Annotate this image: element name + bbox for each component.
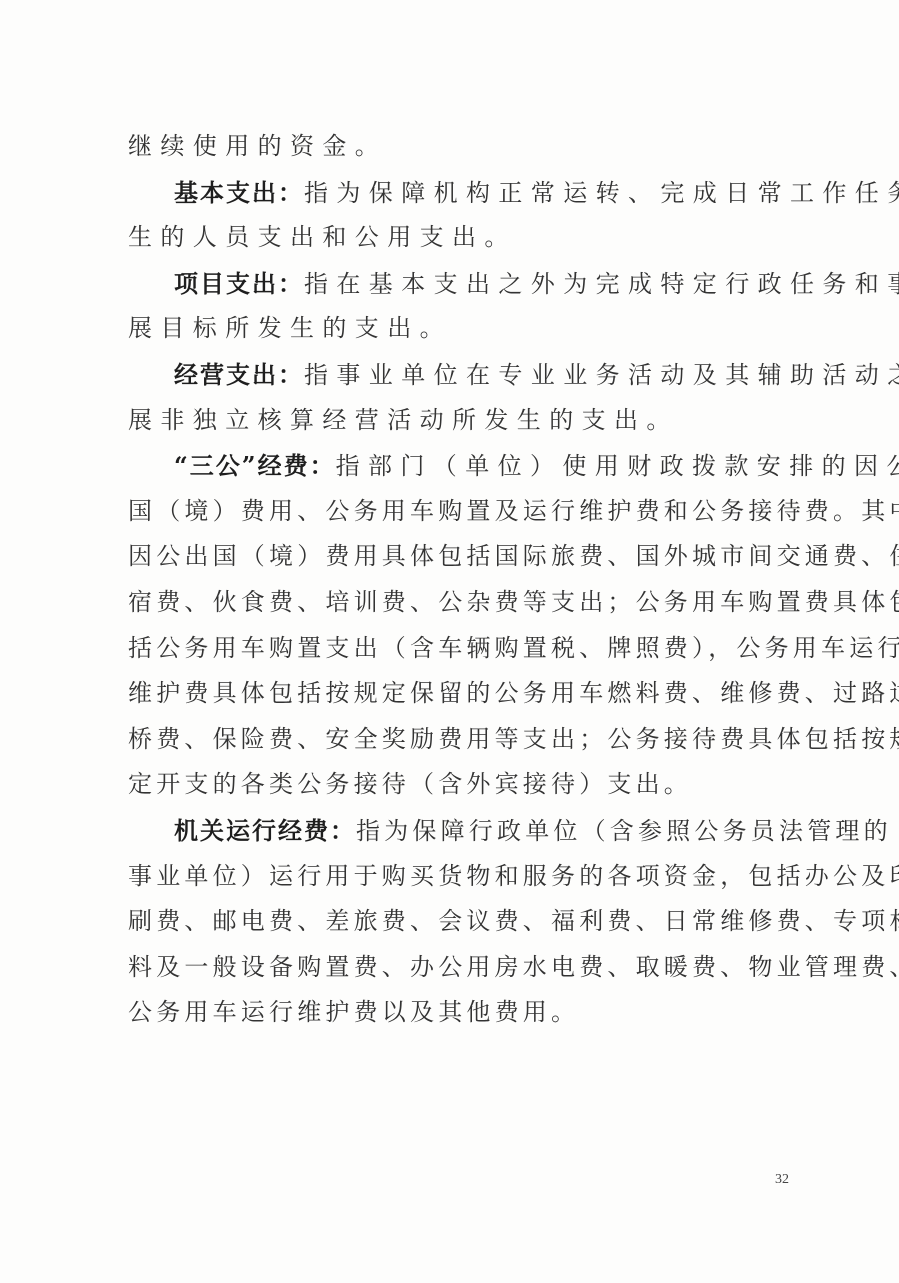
text-line-row: 展目标所发生的支出。 — [128, 306, 788, 352]
paragraph-continuation-line: 继续使用的资金。 — [128, 124, 788, 170]
text-line-row: 料及一般设备购置费、办公用房水电费、取暖费、物业管理费、 — [128, 945, 788, 991]
definition-operating-expenditure: 经营支出：指事业单位在专业业务活动及其辅助活动之外开 — [128, 352, 788, 398]
text-line: 继续使用的资金。 — [128, 132, 387, 160]
term-three-public-expenses: “三公”经费： — [174, 451, 336, 480]
term-operating-expenditure: 经营支出： — [174, 360, 304, 389]
text-line: 指在基本支出之外为完成特定行政任务和事业发 — [304, 270, 899, 298]
text-line: 公务用车运行维护费以及其他费用。 — [128, 998, 579, 1026]
term-basic-expenditure: 基本支出： — [174, 178, 304, 207]
text-line-row: 桥费、保险费、安全奖励费用等支出；公务接待费具体包括按规 — [128, 717, 788, 763]
text-line: 宿费、伙食费、培训费、公杂费等支出；公务用车购置费具体包 — [128, 588, 899, 616]
definition-agency-operating-funds: 机关运行经费：指为保障行政单位（含参照公务员法管理的 — [128, 808, 788, 854]
text-line-row: 宿费、伙食费、培训费、公杂费等支出；公务用车购置费具体包 — [128, 580, 788, 626]
text-line: 指为保障机构正常运转、完成日常工作任务而发 — [304, 179, 899, 207]
term-agency-operating-funds: 机关运行经费： — [174, 816, 356, 845]
text-line: 指部门（单位）使用财政拨款安排的因公出 — [336, 452, 899, 480]
text-line-row: 括公务用车购置支出（含车辆购置税、牌照费），公务用车运行 — [128, 626, 788, 672]
text-line: 生的人员支出和公用支出。 — [128, 223, 517, 251]
text-line-row: 事业单位）运行用于购买货物和服务的各项资金，包括办公及印 — [128, 854, 788, 900]
text-line: 桥费、保险费、安全奖励费用等支出；公务接待费具体包括按规 — [128, 725, 899, 753]
text-line: 括公务用车购置支出（含车辆购置税、牌照费），公务用车运行 — [128, 634, 899, 662]
text-line-row: 国（境）费用、公务用车购置及运行维护费和公务接待费。其中： — [128, 489, 788, 535]
term-project-expenditure: 项目支出： — [174, 269, 304, 298]
text-line: 维护费具体包括按规定保留的公务用车燃料费、维修费、过路过 — [128, 679, 899, 707]
text-line-row: 定开支的各类公务接待（含外宾接待）支出。 — [128, 762, 788, 808]
definition-project-expenditure: 项目支出：指在基本支出之外为完成特定行政任务和事业发 — [128, 261, 788, 307]
text-line: 展非独立核算经营活动所发生的支出。 — [128, 406, 679, 434]
text-line: 因公出国（境）费用具体包括国际旅费、国外城市间交通费、住 — [128, 542, 899, 570]
text-line-row: 因公出国（境）费用具体包括国际旅费、国外城市间交通费、住 — [128, 534, 788, 580]
text-line: 指事业单位在专业业务活动及其辅助活动之外开 — [304, 361, 899, 389]
page-number: 32 — [775, 1172, 789, 1188]
text-line-row: 公务用车运行维护费以及其他费用。 — [128, 990, 788, 1036]
text-line: 料及一般设备购置费、办公用房水电费、取暖费、物业管理费、 — [128, 953, 899, 981]
text-line: 事业单位）运行用于购买货物和服务的各项资金，包括办公及印 — [128, 862, 899, 890]
text-line: 国（境）费用、公务用车购置及运行维护费和公务接待费。其中： — [128, 497, 899, 525]
definition-three-public-expenses: “三公”经费：指部门（单位）使用财政拨款安排的因公出 — [128, 443, 788, 489]
text-line-row: 刷费、邮电费、差旅费、会议费、福利费、日常维修费、专项材 — [128, 899, 788, 945]
text-line: 展目标所发生的支出。 — [128, 314, 452, 342]
text-line: 定开支的各类公务接待（含外宾接待）支出。 — [128, 770, 692, 798]
text-line-row: 维护费具体包括按规定保留的公务用车燃料费、维修费、过路过 — [128, 671, 788, 717]
text-line: 刷费、邮电费、差旅费、会议费、福利费、日常维修费、专项材 — [128, 907, 899, 935]
document-page: 继续使用的资金。 基本支出：指为保障机构正常运转、完成日常工作任务而发 生的人员… — [0, 0, 899, 1283]
text-line: 指为保障行政单位（含参照公务员法管理的 — [356, 817, 892, 845]
text-line-row: 展非独立核算经营活动所发生的支出。 — [128, 398, 788, 444]
body-text: 继续使用的资金。 基本支出：指为保障机构正常运转、完成日常工作任务而发 生的人员… — [128, 124, 788, 1036]
definition-basic-expenditure: 基本支出：指为保障机构正常运转、完成日常工作任务而发 — [128, 170, 788, 216]
text-line-row: 生的人员支出和公用支出。 — [128, 215, 788, 261]
